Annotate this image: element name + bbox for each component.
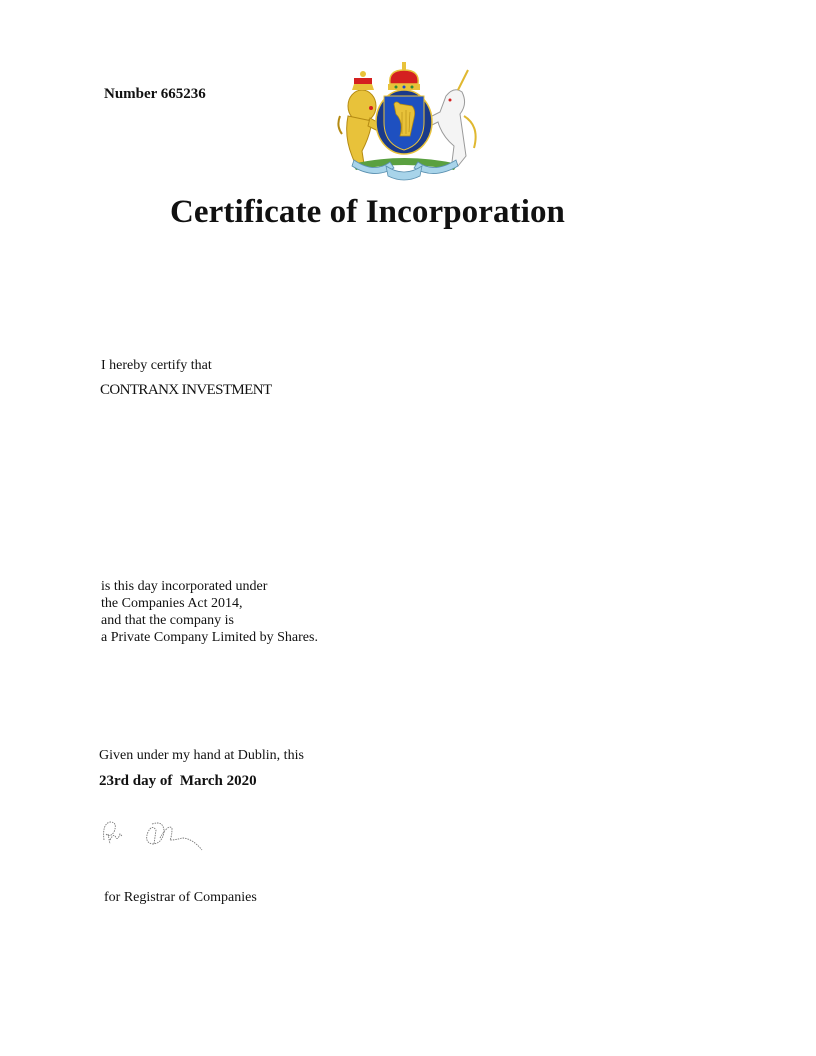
crown-icon — [388, 62, 420, 90]
statement-line: and that the company is — [101, 612, 318, 629]
unicorn-supporter-icon — [428, 70, 476, 166]
royal-coat-of-arms-icon — [334, 56, 484, 182]
company-name: CONTRANX INVESTMENT — [100, 382, 272, 399]
statement-line: a Private Company Limited by Shares. — [101, 629, 318, 646]
statement-line: is this day incorporated under — [101, 578, 318, 595]
signature-icon — [98, 810, 218, 860]
certify-intro: I hereby certify that — [101, 358, 212, 374]
certificate-title: Certificate of Incorporation — [170, 194, 565, 231]
given-line: Given under my hand at Dublin, this — [99, 748, 304, 764]
certificate-number: Number 665236 — [104, 86, 206, 103]
statement-line: the Companies Act 2014, — [101, 595, 318, 612]
registrar-line: for Registrar of Companies — [104, 890, 257, 906]
date-line: 23rd day of March 2020 — [99, 773, 257, 790]
incorporation-statement: is this day incorporated under the Compa… — [101, 578, 318, 646]
